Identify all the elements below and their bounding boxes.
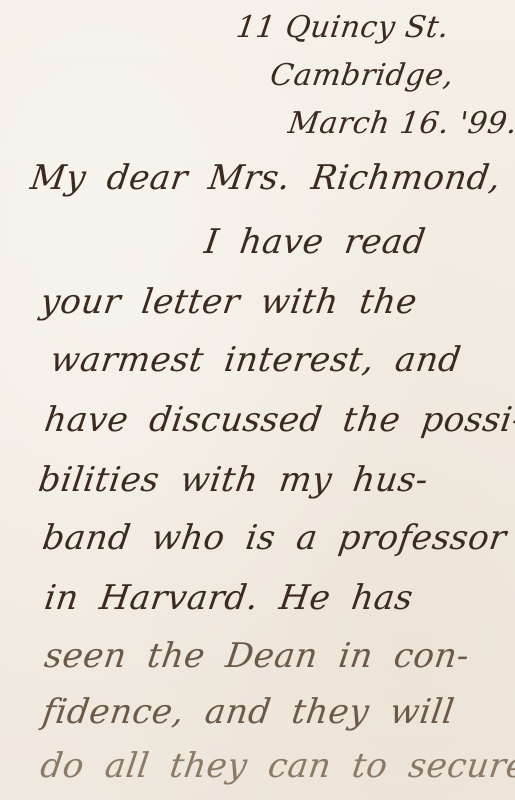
body-line-9: fidence, and they will [40,692,457,732]
letter-page: 11 Quincy St. Cambridge, March 16. '99. … [0,0,515,800]
body-line-6: band who is a professor [40,518,509,558]
body-line-1: I have read [202,222,428,262]
body-line-7: in Harvard. He has [42,578,416,618]
body-line-3: warmest interest, and [48,340,464,380]
body-line-4: have discussed the possi- [42,400,515,440]
header-city: Cambridge, [268,58,456,93]
body-line-8: seen the Dean in con- [42,636,472,676]
body-line-5: bilities with my hus- [36,460,431,500]
header-street: 11 Quincy St. [234,10,451,45]
header-date: March 16. '99. [286,106,515,141]
body-line-10: do all they can to secure [38,746,515,786]
salutation: My dear Mrs. Richmond, [28,158,503,198]
body-line-2: your letter with the [38,282,420,322]
